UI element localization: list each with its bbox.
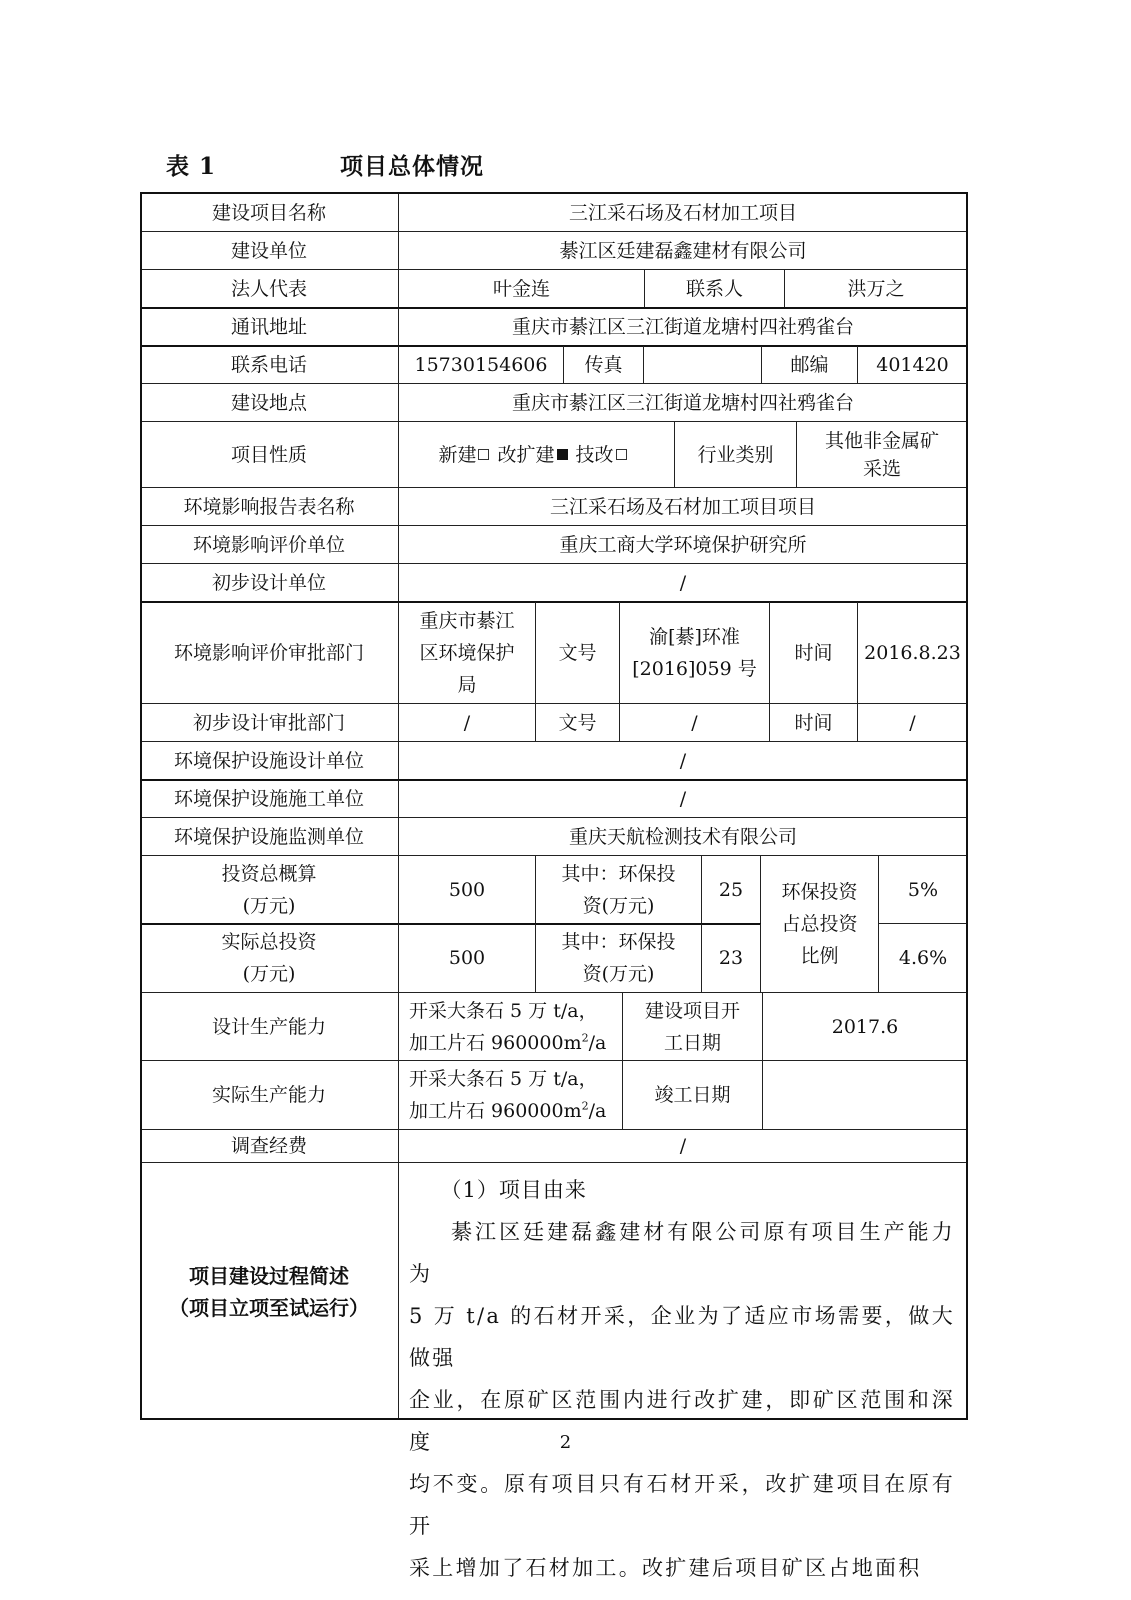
value-prelim-time: / [858, 704, 968, 742]
value-eia-doc-no: 渝[綦]环准 [2016]059 号 [620, 602, 770, 704]
page-number: 2 [0, 1432, 1131, 1453]
value-survey-cost: / [399, 1130, 968, 1163]
process-description: （1）项目由来 綦江区廷建磊鑫建材有限公司原有项目生产能力为 5 万 t/a 的… [399, 1163, 965, 1420]
option-tech-label: 技改 [576, 439, 614, 471]
label-ep-ratio: 环保投资 占总投资 比例 [761, 856, 879, 993]
label-actual: 实际总投资 (万元) [140, 924, 399, 993]
option-new-checkbox[interactable] [478, 449, 489, 460]
value-complete-date [763, 1061, 968, 1130]
actual-label-line-2: (万元) [243, 958, 296, 990]
value-site: 重庆市綦江区三江街道龙塘村四社鸦雀台 [399, 384, 968, 422]
label-legal-rep: 法人代表 [140, 270, 399, 308]
label-industry: 行业类别 [675, 422, 797, 488]
value-budget-ratio: 5% [879, 856, 968, 924]
actual-label-line-1: 实际总投资 [221, 926, 316, 958]
value-actual: 500 [399, 924, 536, 993]
label-prelim-doc-no: 文号 [536, 704, 620, 742]
label-nature: 项目性质 [140, 422, 399, 488]
label-postcode: 邮编 [762, 346, 858, 384]
design-cap-line-2: 加工片石 960000m2/a [409, 1027, 606, 1059]
start-label-line-2: 工日期 [664, 1027, 721, 1059]
value-start-date: 2017.6 [763, 993, 968, 1061]
budget-label-line-1: 投资总概算 [221, 858, 316, 890]
label-builder: 建设单位 [140, 232, 399, 270]
actual-cap-line-1: 开采大条石 5 万 t/a， [409, 1063, 598, 1095]
process-line-5: 采上增加了石材加工。改扩建后项目矿区占地面积 [409, 1547, 955, 1589]
value-prelim-doc-no: / [620, 704, 770, 742]
value-prelim-design-unit: / [399, 564, 968, 602]
label-project-name: 建设项目名称 [140, 194, 399, 232]
process-subheading: （1）项目由来 [409, 1169, 955, 1211]
label-actual-capacity: 实际生产能力 [140, 1061, 399, 1130]
label-eia-approval: 环境影响评价审批部门 [140, 602, 399, 704]
label-survey-cost: 调查经费 [140, 1130, 399, 1163]
label-ep-design-unit: 环境保护设施设计单位 [140, 742, 399, 780]
label-eia-doc-no: 文号 [536, 602, 620, 704]
label-fax: 传真 [564, 346, 644, 384]
process-label-line-2: （项目立项至试运行） [169, 1292, 369, 1324]
doc-line-2: [2016]059 号 [632, 653, 756, 685]
label-prelim-time: 时间 [770, 704, 858, 742]
label-eia-unit: 环境影响评价单位 [140, 526, 399, 564]
process-line-2: 5 万 t/a 的石材开采，企业为了适应市场需要，做大做强 [409, 1295, 955, 1379]
label-complete-date: 竣工日期 [623, 1061, 763, 1130]
value-industry: 其他非金属矿 采选 [797, 422, 968, 488]
process-label-line-1: 项目建设过程简述 [189, 1260, 349, 1292]
value-ep-design-unit: / [399, 742, 968, 780]
budget-ep-line-2: 资(万元) [583, 890, 655, 922]
value-design-capacity: 开采大条石 5 万 t/a， 加工片石 960000m2/a [399, 993, 623, 1061]
value-legal-rep: 叶金连 [399, 270, 645, 308]
dept-line-2: 区环境保护 [419, 637, 514, 669]
label-budget: 投资总概算 (万元) [140, 856, 399, 924]
industry-line-2: 采选 [863, 455, 901, 483]
start-label-line-1: 建设项目开 [645, 995, 740, 1027]
label-actual-ep: 其中：环保投 资(万元) [536, 924, 702, 993]
value-actual-ratio: 4.6% [879, 924, 968, 993]
table-number: 表 1 [166, 148, 216, 181]
ratio-line-3: 比例 [800, 940, 838, 972]
budget-ep-line-1: 其中：环保投 [561, 858, 675, 890]
label-start-date: 建设项目开 工日期 [623, 993, 763, 1061]
label-budget-ep: 其中：环保投 资(万元) [536, 856, 702, 924]
actual-ep-line-1: 其中：环保投 [561, 926, 675, 958]
option-new-label: 新建 [438, 439, 476, 471]
value-actual-capacity: 开采大条石 5 万 t/a， 加工片石 960000m2/a [399, 1061, 623, 1130]
label-address: 通讯地址 [140, 308, 399, 346]
label-design-capacity: 设计生产能力 [140, 993, 399, 1061]
value-ep-monitoring-unit: 重庆天航检测技术有限公司 [399, 818, 968, 856]
value-eia-report-name: 三江采石场及石材加工项目项目 [399, 488, 968, 526]
value-eia-approval-dept: 重庆市綦江 区环境保护 局 [399, 602, 536, 704]
label-contact: 联系人 [645, 270, 785, 308]
value-prelim-approval-dept: / [399, 704, 536, 742]
value-eia-unit: 重庆工商大学环境保护研究所 [399, 526, 968, 564]
value-budget-ep: 25 [702, 856, 761, 924]
value-budget: 500 [399, 856, 536, 924]
dept-line-1: 重庆市綦江 [419, 605, 514, 637]
value-address: 重庆市綦江区三江街道龙塘村四社鸦雀台 [399, 308, 968, 346]
ratio-line-2: 占总投资 [781, 908, 857, 940]
doc-line-1: 渝[綦]环准 [649, 621, 740, 653]
dept-line-3: 局 [457, 669, 476, 701]
value-fax [644, 346, 762, 384]
value-builder: 綦江区廷建磊鑫建材有限公司 [399, 232, 968, 270]
option-tech-checkbox[interactable] [616, 449, 627, 460]
value-ep-construction-unit: / [399, 780, 968, 818]
label-prelim-design-unit: 初步设计单位 [140, 564, 399, 602]
label-phone: 联系电话 [140, 346, 399, 384]
value-postcode: 401420 [858, 346, 968, 384]
value-project-name: 三江采石场及石材加工项目 [399, 194, 968, 232]
label-ep-monitoring-unit: 环境保护设施监测单位 [140, 818, 399, 856]
value-actual-ep: 23 [702, 924, 761, 993]
option-expand-label: 改扩建 [497, 439, 554, 471]
ratio-line-1: 环保投资 [781, 876, 857, 908]
page-title: 项目总体情况 [340, 148, 484, 181]
label-ep-construction-unit: 环境保护设施施工单位 [140, 780, 399, 818]
label-site: 建设地点 [140, 384, 399, 422]
process-line-4: 均不变。原有项目只有石材开采，改扩建项目在原有开 [409, 1463, 955, 1547]
design-cap-line-1: 开采大条石 5 万 t/a， [409, 995, 598, 1027]
label-eia-time: 时间 [770, 602, 858, 704]
value-eia-time: 2016.8.23 [858, 602, 968, 704]
option-expand-checkbox[interactable] [557, 449, 568, 460]
actual-cap-line-2: 加工片石 960000m2/a [409, 1095, 606, 1127]
budget-label-line-2: (万元) [243, 890, 296, 922]
label-process: 项目建设过程简述 （项目立项至试运行） [140, 1163, 399, 1420]
value-phone: 15730154606 [399, 346, 564, 384]
label-eia-report-name: 环境影响报告表名称 [140, 488, 399, 526]
process-line-1: 綦江区廷建磊鑫建材有限公司原有项目生产能力为 [409, 1211, 955, 1295]
industry-line-1: 其他非金属矿 [825, 427, 939, 455]
actual-ep-line-2: 资(万元) [583, 958, 655, 990]
nature-options: 新建 改扩建 技改 [399, 422, 675, 488]
value-contact: 洪万之 [785, 270, 968, 308]
label-prelim-approval: 初步设计审批部门 [140, 704, 399, 742]
